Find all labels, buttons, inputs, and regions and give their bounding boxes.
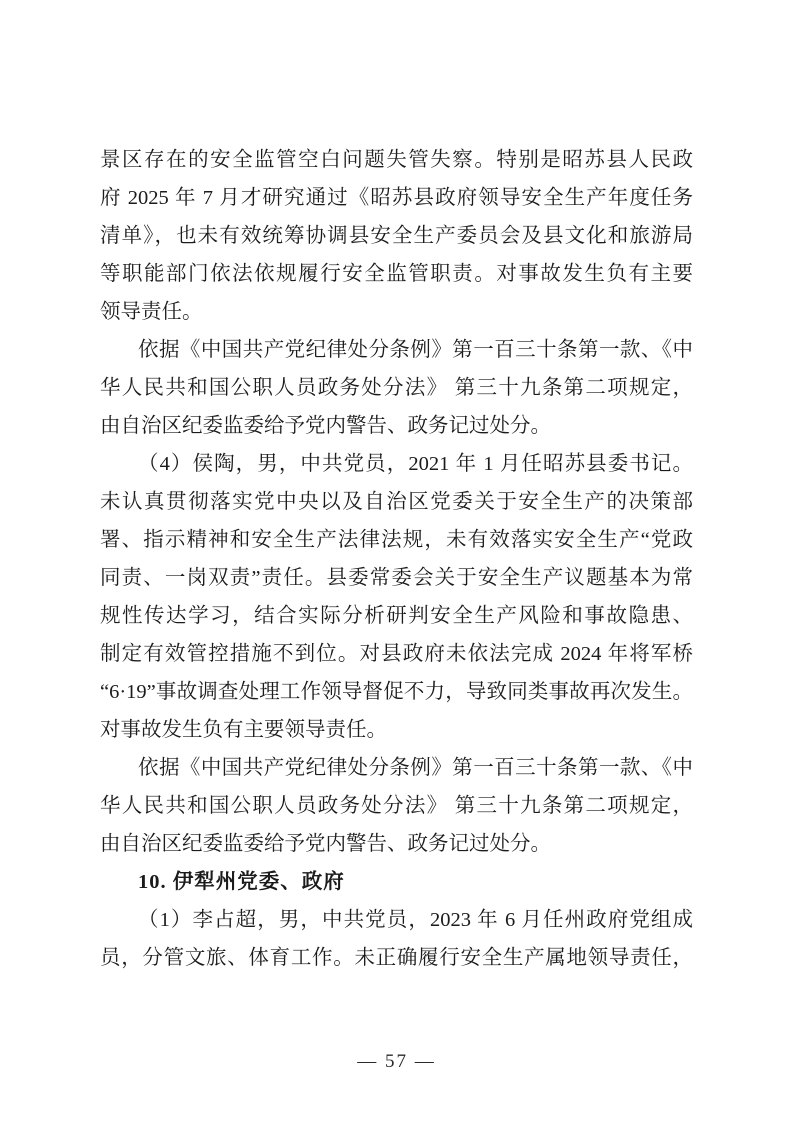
- text-line: 领导责任。: [100, 293, 693, 331]
- para-basis-punishment-2: 依据《中国共产党纪律处分条例》第一百三十条第一款、《中华人民共和国公职人员政务处…: [100, 749, 693, 863]
- text-line: 由自治区纪委监委给予党内警告、政务记过处分。: [100, 825, 693, 863]
- text-line: 华人民共和国公职人员政务处分法》 第三十九条第二项规定，: [100, 787, 693, 825]
- text-line: （4）侯陶，男，中共党员，2021 年 1 月任昭苏县委书记。: [100, 445, 693, 483]
- text-line: 依据《中国共产党纪律处分条例》第一百三十条第一款、《中: [100, 749, 693, 787]
- para-zhaosu-county-findings: 景区存在的安全监管空白问题失管失察。特别是昭苏县人民政府 2025 年 7 月才…: [100, 141, 693, 331]
- text-line: 等职能部门依法依规履行安全监管职责。对事故发生负有主要: [100, 255, 693, 293]
- text-line: 同责、一岗双责”责任。县委常委会关于安全生产议题基本为常: [100, 559, 693, 597]
- text-line: 由自治区纪委监委给予党内警告、政务记过处分。: [100, 407, 693, 445]
- text-line: 府 2025 年 7 月才研究通过《昭苏县政府领导安全生产年度任务: [100, 179, 693, 217]
- text-line: 10. 伊犁州党委、政府: [100, 863, 693, 901]
- document-page: 景区存在的安全监管空白问题失管失察。特别是昭苏县人民政府 2025 年 7 月才…: [0, 0, 793, 1122]
- document-body: 景区存在的安全监管空白问题失管失察。特别是昭苏县人民政府 2025 年 7 月才…: [100, 141, 693, 977]
- text-line: 规性传达学习，结合实际分析研判安全生产风险和事故隐患、: [100, 597, 693, 635]
- text-line: 清单》，也未有效统筹协调县安全生产委员会及县文化和旅游局: [100, 217, 693, 255]
- text-line: （1）李占超，男，中共党员，2023 年 6 月任州政府党组成: [100, 901, 693, 939]
- text-line: 华人民共和国公职人员政务处分法》 第三十九条第二项规定，: [100, 369, 693, 407]
- text-line: 依据《中国共产党纪律处分条例》第一百三十条第一款、《中: [100, 331, 693, 369]
- text-line: “6·19”事故调查处理工作领导督促不力，导致同类事故再次发生。: [100, 673, 693, 711]
- para-li-zhanchao: （1）李占超，男，中共党员，2023 年 6 月任州政府党组成员，分管文旅、体育…: [100, 901, 693, 977]
- para-hou-tao: （4）侯陶，男，中共党员，2021 年 1 月任昭苏县委书记。未认真贯彻落实党中…: [100, 445, 693, 749]
- text-line: 署、指示精神和安全生产法律法规，未有效落实安全生产“党政: [100, 521, 693, 559]
- text-line: 对事故发生负有主要领导责任。: [100, 711, 693, 749]
- page-number: — 57 —: [357, 1051, 436, 1072]
- para-basis-punishment-1: 依据《中国共产党纪律处分条例》第一百三十条第一款、《中华人民共和国公职人员政务处…: [100, 331, 693, 445]
- heading-yili-prefecture: 10. 伊犁州党委、政府: [100, 863, 693, 901]
- text-line: 未认真贯彻落实党中央以及自治区党委关于安全生产的决策部: [100, 483, 693, 521]
- text-line: 景区存在的安全监管空白问题失管失察。特别是昭苏县人民政: [100, 141, 693, 179]
- text-line: 员，分管文旅、体育工作。未正确履行安全生产属地领导责任，: [100, 939, 693, 977]
- text-line: 制定有效管控措施不到位。对县政府未依法完成 2024 年将军桥: [100, 635, 693, 673]
- page-footer: — 57 —: [0, 1048, 793, 1076]
